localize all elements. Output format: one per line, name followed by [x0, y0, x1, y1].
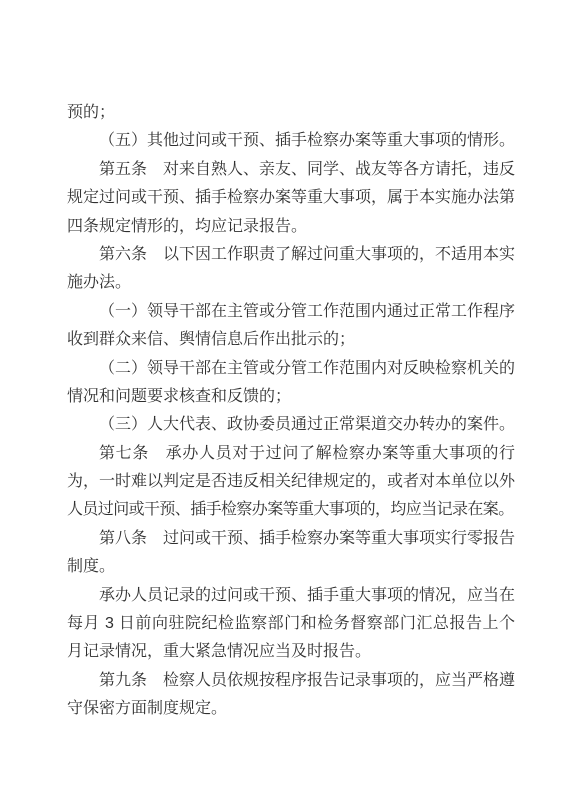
- text-line: 承办人员记录的过问或干预、插手重大事项的情况，应当在: [67, 582, 515, 610]
- text-line: 制度。: [67, 553, 515, 581]
- text-line: 第五条 对来自熟人、亲友、同学、战友等各方请托，违反: [67, 156, 515, 184]
- text-line: 规定过问或干预、插手检察办案等重大事项，属于本实施办法第: [67, 184, 515, 212]
- text-line: 第八条 过问或干预、插手检察办案等重大事项实行零报告: [67, 525, 515, 553]
- text-line: 情况和问题要求核查和反馈的；: [67, 383, 515, 411]
- text-line: （一）领导干部在主管或分管工作范围内通过正常工作程序: [67, 298, 515, 326]
- text-line: （五）其他过问或干预、插手检察办案等重大事项的情形。: [67, 127, 515, 155]
- text-line: 预的；: [67, 99, 515, 127]
- text-line: 守保密方面制度规定。: [67, 695, 515, 723]
- text-line: 收到群众来信、舆情信息后作出批示的；: [67, 326, 515, 354]
- text-line: 第九条 检察人员依规按程序报告记录事项的，应当严格遵: [67, 667, 515, 695]
- text-line: 施办法。: [67, 269, 515, 297]
- text-line: 第七条 承办人员对于过问了解检察办案等重大事项的行: [67, 440, 515, 468]
- document-text-block: 预的；（五）其他过问或干预、插手检察办案等重大事项的情形。第五条 对来自熟人、亲…: [67, 99, 515, 724]
- text-line: 四条规定情形的，均应记录报告。: [67, 213, 515, 241]
- text-line: （二）领导干部在主管或分管工作范围内对反映检察机关的: [67, 355, 515, 383]
- document-page: 预的；（五）其他过问或干预、插手检察办案等重大事项的情形。第五条 对来自熟人、亲…: [0, 0, 565, 800]
- text-line: 每月 3 日前向驻院纪检监察部门和检务督察部门汇总报告上个: [67, 610, 515, 638]
- text-line: 月记录情况，重大紧急情况应当及时报告。: [67, 638, 515, 666]
- text-line: 为，一时难以判定是否违反相关纪律规定的，或者对本单位以外: [67, 468, 515, 496]
- text-line: 人员过问或干预、插手检察办案等重大事项的，均应当记录在案。: [67, 496, 515, 524]
- text-line: 第六条 以下因工作职责了解过问重大事项的，不适用本实: [67, 241, 515, 269]
- text-line: （三）人大代表、政协委员通过正常渠道交办转办的案件。: [67, 411, 515, 439]
